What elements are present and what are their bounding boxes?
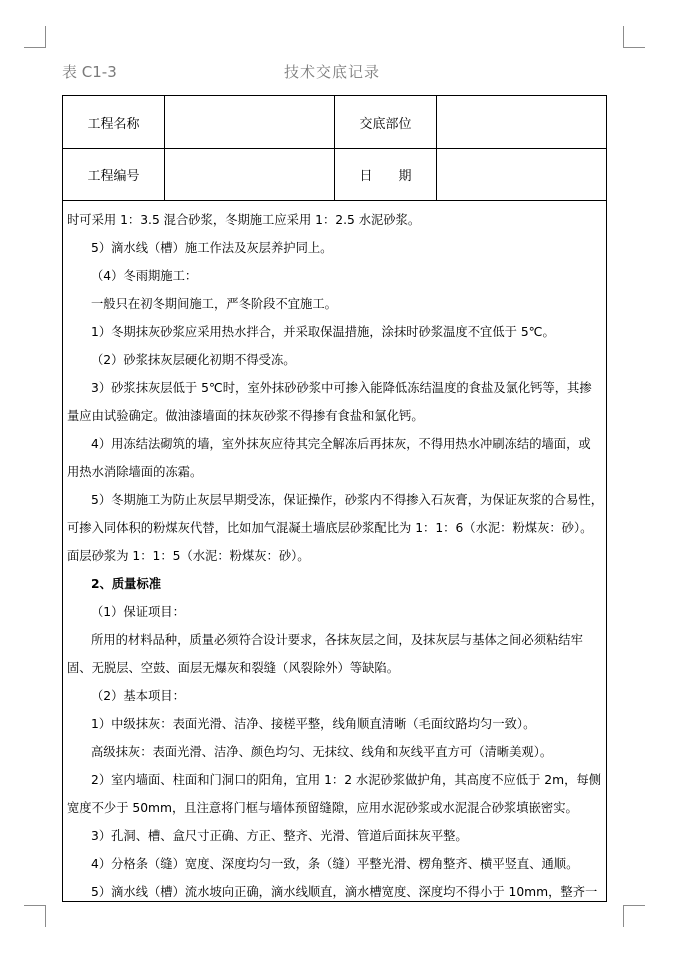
content-line: （1）保证项目：	[91, 605, 185, 619]
date-field[interactable]	[437, 148, 606, 200]
content-line: 用热水消除墙面的冻霜。	[67, 465, 202, 479]
project-name-field[interactable]	[165, 96, 335, 148]
content-line: 固、无脱层、空鼓、面层无爆灰和裂缝（风裂除外）等缺陷。	[67, 661, 399, 675]
disclosure-part-label: 交底部位	[335, 96, 437, 148]
crop-mark-top-left	[24, 26, 46, 48]
content-line: 5）滴水线（槽）施工作法及灰层养护同上。	[91, 241, 332, 255]
disclosure-content: 时可采用 1：3.5 混合砂浆，冬期施工应采用 1：2.5 水泥砂浆。5）滴水线…	[63, 201, 606, 901]
content-line: 时可采用 1：3.5 混合砂浆，冬期施工应采用 1：2.5 水泥砂浆。	[67, 213, 420, 227]
crop-mark-bottom-right	[623, 905, 645, 927]
content-line: 2）室内墙面、柱面和门洞口的阳角，宜用 1：2 水泥砂浆做护角，其高度不应低于 …	[91, 773, 601, 787]
content-line: 4）用冻结法砌筑的墙，室外抹灰应待其完全解冻后再抹灰，不得用热水冲刷冻结的墙面，…	[91, 437, 591, 451]
document-title: 技术交底记录	[284, 61, 380, 82]
content-line: （4）冬雨期施工：	[91, 269, 197, 283]
content-line: 一般只在初冬期间施工，严冬阶段不宜施工。	[91, 297, 337, 311]
crop-mark-top-right	[623, 26, 645, 48]
info-row-project-name: 工程名称 交底部位	[63, 96, 606, 149]
date-label-part-2: 期	[399, 165, 412, 184]
project-name-label: 工程名称	[63, 96, 165, 148]
info-row-project-number: 工程编号 日 期	[63, 148, 606, 201]
content-line: （2）砂浆抹灰层硬化初期不得受冻。	[91, 353, 296, 367]
crop-mark-bottom-left	[24, 905, 46, 927]
content-line: （2）基本项目：	[91, 689, 185, 703]
content-line: 宽度不少于 50mm，且注意将门框与墙体预留缝隙，应用水泥砂浆或水泥混合砂浆填嵌…	[67, 801, 578, 815]
content-line: 5）滴水线（槽）流水坡向正确，滴水线顺直，滴水槽宽度、深度均不得小于 10mm，…	[91, 885, 597, 899]
content-line: 量应由试验确定。做油漆墙面的抹灰砂浆不得掺有食盐和氯化钙。	[67, 409, 424, 423]
disclosure-part-field[interactable]	[437, 96, 606, 148]
content-line: 可掺入同体积的粉煤灰代替，比如加气混凝土墙底层砂浆配比为 1：1：6（水泥：粉煤…	[67, 521, 592, 535]
form-code: 表 C1-3	[62, 61, 117, 82]
section-heading: 2、质量标准	[91, 577, 161, 591]
content-line: 4）分格条（缝）宽度、深度均匀一致，条（缝）平整光滑、楞角整齐、横平竖直、通顺。	[91, 857, 578, 871]
content-line: 1）冬期抹灰砂浆应采用热水拌合，并采取保温措施，涂抹时砂浆温度不宜低于 5℃。	[91, 325, 555, 339]
content-line: 3）孔洞、槽、盒尺寸正确、方正、整齐、光滑、管道后面抹灰平整。	[91, 829, 468, 843]
content-line: 高级抹灰：表面光滑、洁净、颜色均匀、无抹纹、线角和灰线平直方可（清晰美观）。	[91, 745, 552, 759]
content-line: 5）冬期施工为防止灰层早期受冻，保证操作，砂浆内不得掺入石灰膏，为保证灰浆的合易…	[91, 493, 603, 507]
date-label-part-1: 日	[359, 165, 372, 184]
project-number-field[interactable]	[165, 148, 335, 200]
disclosure-record-table: 工程名称 交底部位 工程编号 日 期 时可采用 1：3.5 混合砂浆，冬期施工应…	[62, 95, 607, 902]
project-number-label: 工程编号	[63, 148, 165, 200]
content-line: 3）砂浆抹灰层低于 5℃时，室外抹砂砂浆中可掺入能降低冻结温度的食盐及氯化钙等，…	[91, 381, 592, 395]
content-line: 面层砂浆为 1：1：5（水泥：粉煤灰：砂）。	[67, 549, 310, 563]
content-line: 1）中级抹灰：表面光滑、洁净、接槎平整，线角顺直清晰（毛面纹路均匀一致）。	[91, 717, 535, 731]
content-line: 所用的材料品种，质量必须符合设计要求，各抹灰层之间，及抹灰层与基体之间必须粘结牢	[91, 633, 583, 647]
date-label: 日 期	[335, 148, 437, 200]
